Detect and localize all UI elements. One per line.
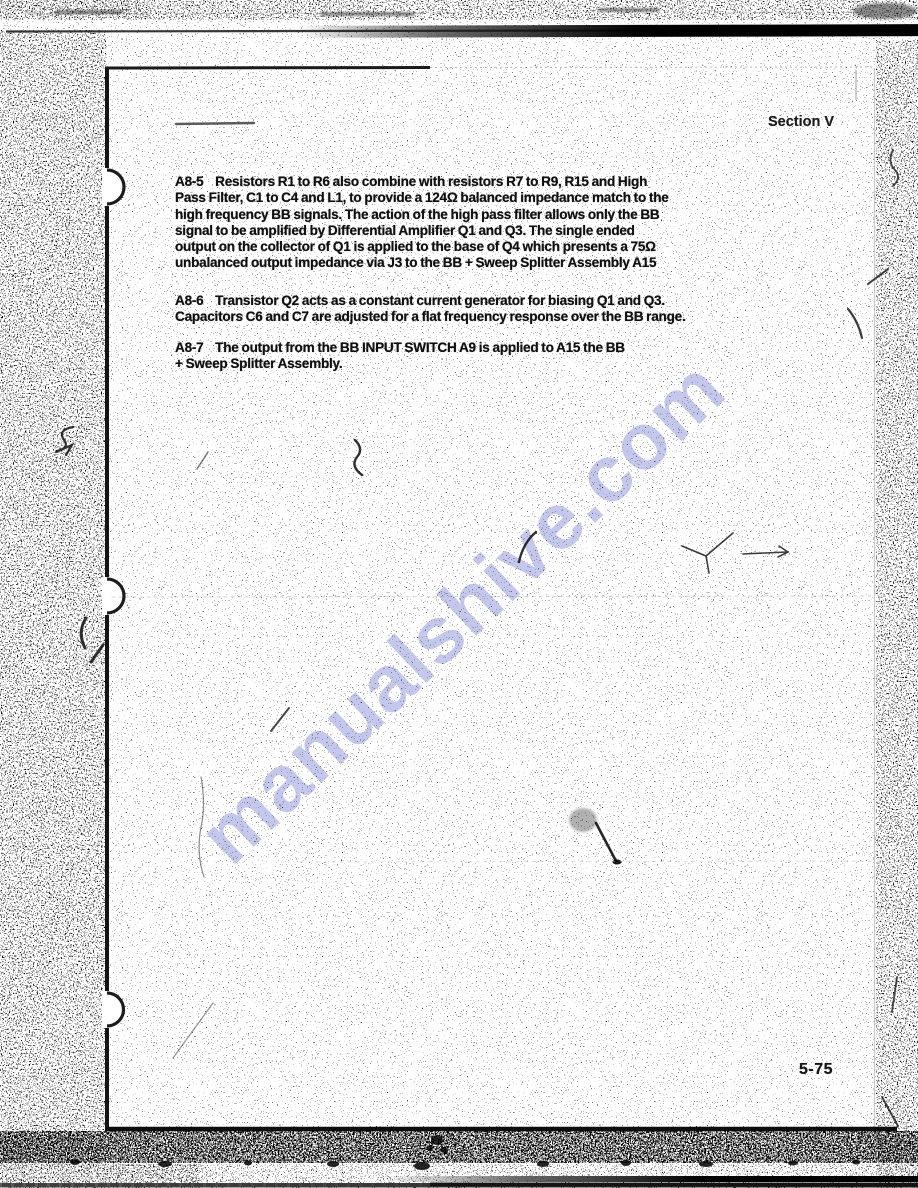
body-line: signal to be amplified by Differential A…: [175, 223, 720, 239]
top-scan-band: [6, 3, 918, 38]
section-header: Section V: [768, 113, 834, 131]
top-dark-band: [300, 24, 918, 38]
watermark: manualshive.com: [138, 300, 787, 924]
scratch-header-segment: [176, 123, 254, 124]
punch-hole-notch-3: [102, 991, 124, 1028]
scratch-small-slash: [197, 452, 208, 469]
border-marks: [81, 618, 103, 662]
page-border-top-faint: [430, 67, 872, 68]
top-dashed-scratch-right: [700, 12, 918, 13]
body-line: output on the collector of Q1 is applied…: [175, 239, 720, 255]
scratch-diagonal-bottom: [596, 823, 616, 861]
page-number: 5-75: [799, 1061, 833, 1079]
punch-hole-notch-2: [102, 577, 124, 615]
body-line: Capacitors C6 and C7 are adjusted for a …: [175, 309, 720, 325]
bottom-blob-cluster: [427, 1135, 448, 1153]
scratch-squiggle-center: [354, 440, 362, 475]
body-line: A8-7 The output from the BB INPUT SWITCH…: [175, 340, 720, 356]
top-right-blotch: [853, 3, 917, 19]
paragraph-a8-5: A8-5 Resistors R1 to R6 also combine wit…: [175, 174, 720, 272]
top-smudge-1: [55, 10, 123, 14]
bottom-drip-blobs: [70, 1159, 860, 1170]
body-line: + Sweep Splitter Assembly.: [175, 356, 720, 372]
paragraph-a8-7: A8-7 The output from the BB INPUT SWITCH…: [175, 340, 720, 373]
faint-dotted-line-low: [300, 861, 870, 862]
punch-hole-notch-1: [102, 168, 124, 206]
page-border-top: [105, 68, 430, 69]
right-margin-streaks: [882, 150, 898, 1126]
smudge-cluster: [569, 808, 597, 832]
margin-scribble: [56, 427, 73, 455]
body-line: A8-6 Transistor Q2 acts as a constant cu…: [175, 293, 720, 309]
top-smudge-2: [320, 12, 415, 16]
bottom-scan-band: [0, 1135, 918, 1188]
faint-long-slash: [173, 1003, 213, 1058]
bottom-rule-band: [0, 1183, 918, 1188]
bottom-dark-band: [380, 1176, 918, 1182]
top-smudge-3: [598, 8, 660, 12]
body-line: high frequency BB signals. The action of…: [175, 207, 720, 223]
top-dashed-scratch: [30, 13, 460, 14]
top-rule-line: [6, 30, 918, 32]
scratch-right-edge-slash: [868, 269, 888, 284]
scratch-right-curve: [848, 309, 862, 338]
body-line: unbalanced output impedance via J3 to th…: [175, 255, 720, 271]
scratch-blob: [613, 860, 622, 865]
scratch-pointer-lines: [682, 533, 788, 573]
scanned-manual-page: { "document": { "section_header": "Secti…: [0, 0, 918, 1188]
body-line: Pass Filter, C1 to C4 and L1, to provide…: [175, 190, 720, 206]
paragraph-a8-6: A8-6 Transistor Q2 acts as a constant cu…: [175, 293, 720, 326]
body-line: A8-5 Resistors R1 to R6 also combine wit…: [175, 174, 720, 190]
